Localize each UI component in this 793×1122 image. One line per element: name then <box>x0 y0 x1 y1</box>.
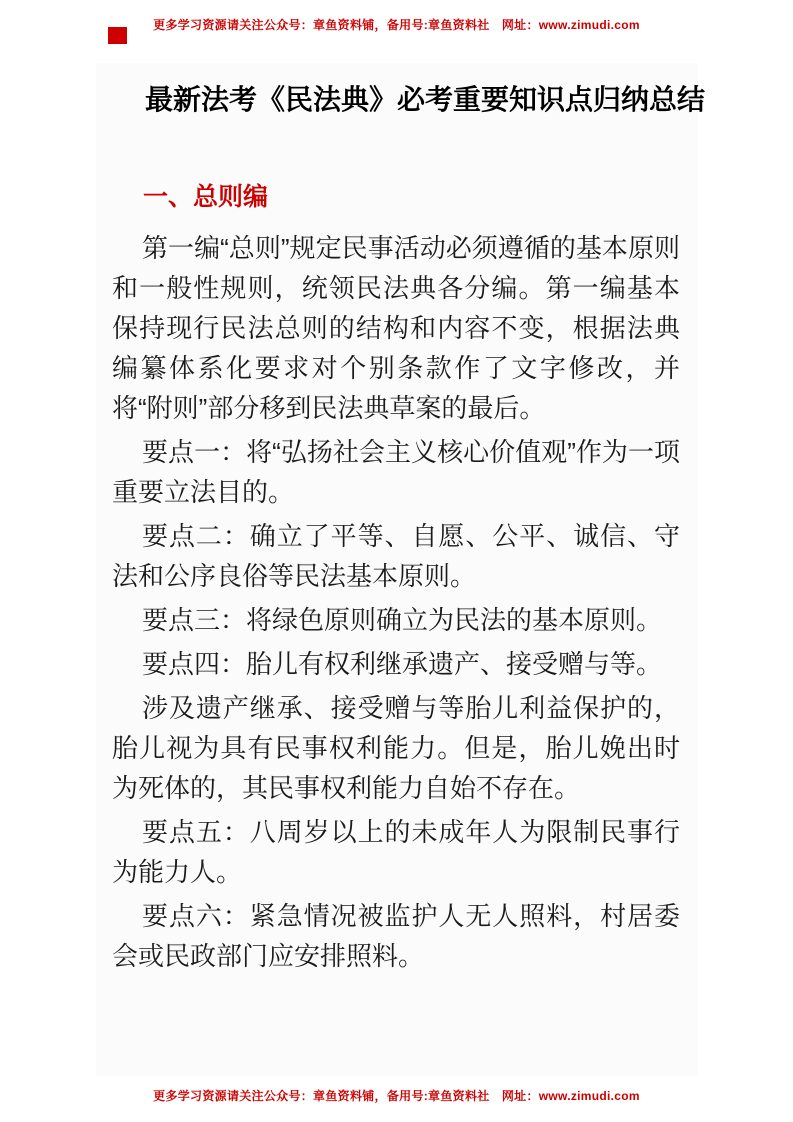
document-title: 最新法考《民法典》必考重要知识点归纳总结 <box>145 78 705 118</box>
paragraph-point-5: 要点五：八周岁以上的未成年人为限制民事行为能力人。 <box>112 812 680 892</box>
document-body: 一、总则编 第一编“总则”规定民事活动必须遵循的基本原则和一般性规则，统领民法典… <box>112 180 680 980</box>
paragraph-point-4-note: 涉及遗产继承、接受赠与等胎儿利益保护的，胎儿视为具有民事权利能力。但是，胎儿娩出… <box>112 688 680 808</box>
paragraph-point-6: 要点六：紧急情况被监护人无人照料，村居委会或民政部门应安排照料。 <box>112 896 680 976</box>
paragraph-point-3: 要点三：将绿色原则确立为民法的基本原则。 <box>112 600 680 640</box>
document-page: 更多学习资源请关注公众号：章鱼资料铺，备用号:章鱼资料社 网址：www.zimu… <box>0 0 793 1122</box>
header-promo-note: 更多学习资源请关注公众号：章鱼资料铺，备用号:章鱼资料社 网址：www.zimu… <box>0 16 793 33</box>
paragraph-intro: 第一编“总则”规定民事活动必须遵循的基本原则和一般性规则，统领民法典各分编。第一… <box>112 228 680 428</box>
footer-promo-note: 更多学习资源请关注公众号：章鱼资料铺，备用号:章鱼资料社 网址：www.zimu… <box>0 1087 793 1104</box>
paragraph-point-1: 要点一：将“弘扬社会主义核心价值观”作为一项重要立法目的。 <box>112 432 680 512</box>
paragraph-point-4: 要点四：胎儿有权利继承遗产、接受赠与等。 <box>112 644 680 684</box>
paragraph-point-2: 要点二：确立了平等、自愿、公平、诚信、守法和公序良俗等民法基本原则。 <box>112 516 680 596</box>
section-heading: 一、总则编 <box>112 180 680 214</box>
